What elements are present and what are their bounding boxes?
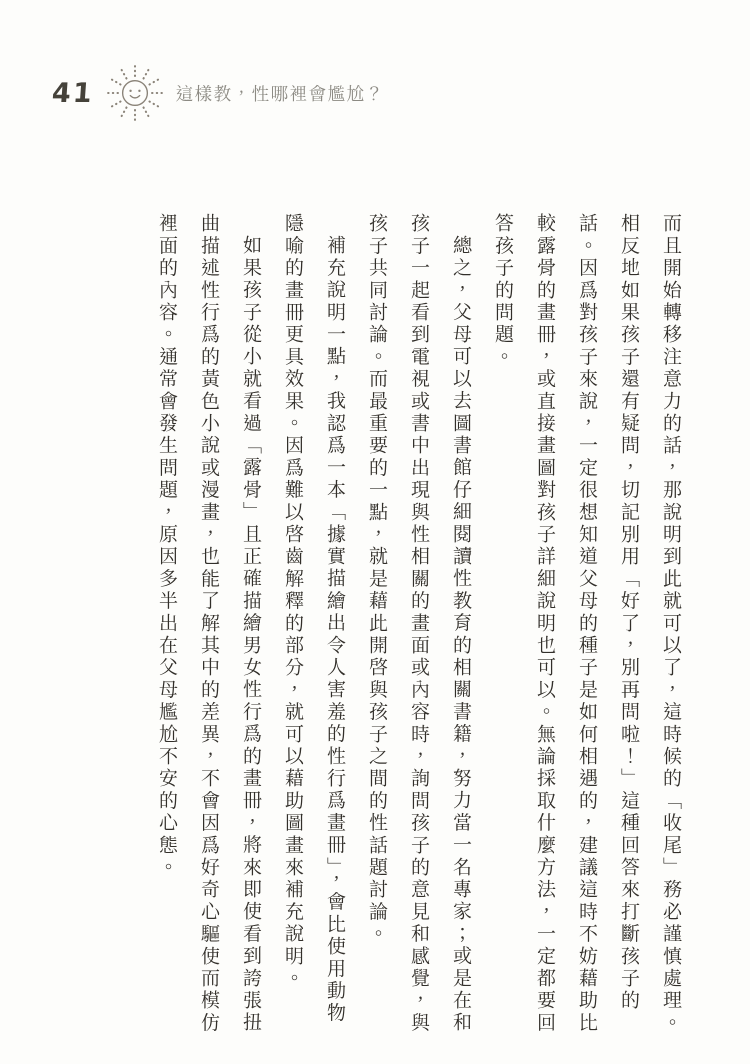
paragraph: 而且開始轉移注意力的話，那說明到此就可以了，這時候的「收尾」務必謹慎處理。相反地… [482, 213, 692, 1035]
smiling-sun-icon [106, 64, 164, 122]
book-page: 41 [0, 0, 750, 1064]
paragraph: 補充說明一點，我認爲一本「據實描繪出令人害羞的性行爲畫冊」，會比使用動物隱喻的畫… [272, 213, 356, 1035]
paragraph: 總之，父母可以去圖書館仔細閱讀性教育的相關書籍，努力當一名專家；或是在和孩子一起… [356, 213, 482, 1035]
page-number: 41 [51, 78, 95, 109]
chapter-title: 這樣教，性哪裡會尷尬？ [176, 81, 385, 106]
running-head: 41 [52, 64, 385, 122]
paragraph: 如果孩子從小就看過「露骨」且正確描繪男女性行爲的畫冊，將來即使看到誇張扭曲描述性… [146, 213, 272, 1035]
body-text-vertical: 而且開始轉移注意力的話，那說明到此就可以了，這時候的「收尾」務必謹慎處理。相反地… [112, 213, 692, 1035]
